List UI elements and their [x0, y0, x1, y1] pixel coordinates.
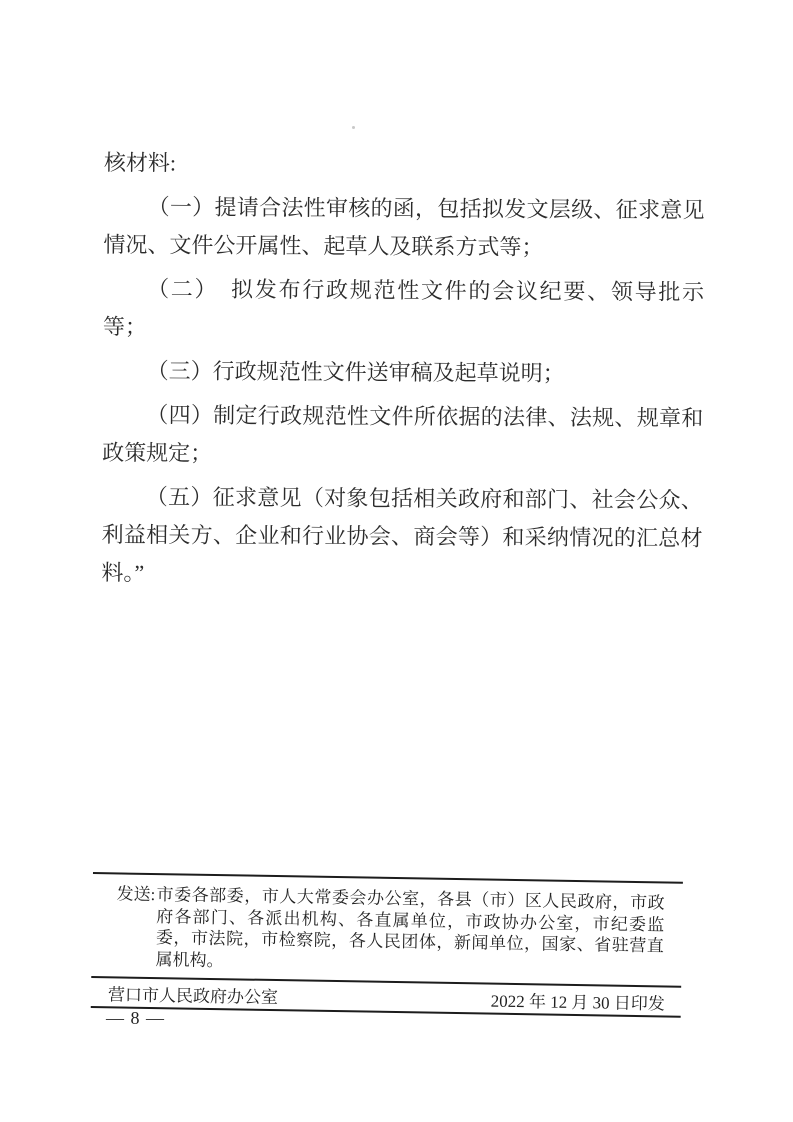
- page-number: — 8 —: [106, 1008, 165, 1029]
- issuing-office: 营口市人民政府办公室: [108, 980, 278, 1008]
- body-paragraph-item-1: （一）提请合法性审核的函，包括拟发文层级、征求意见情况、文件公开属性、起草人及联…: [103, 188, 704, 268]
- body-paragraph-item-5: （五）征求意见（对象包括相关政府和部门、社会公众、利益相关方、企业和行业协会、商…: [101, 478, 703, 596]
- print-date: 2022 年 12 月 30 日印发: [490, 986, 665, 1014]
- body-paragraph-intro: 核材料:: [104, 144, 705, 186]
- distribution-label: 发送:: [115, 883, 156, 970]
- document-page: 核材料: （一）提请合法性审核的函，包括拟发文层级、征求意见情况、文件公开属性、…: [0, 0, 793, 1122]
- scan-speck: [352, 126, 355, 129]
- body-paragraph-item-4: （四）制定行政规范性文件所依据的法律、法规、规章和政策规定；: [102, 396, 703, 476]
- document-body: 核材料: （一）提请合法性审核的函，包括拟发文层级、征求意见情况、文件公开属性、…: [101, 144, 705, 602]
- distribution-list: 市委各部委，市人大常委会办公室，各县（市）区人民政府，市政府各部门、各派出机构、…: [155, 884, 664, 978]
- body-paragraph-item-2: （二） 拟发布行政规范性文件的会议纪要、领导批示等；: [103, 270, 704, 350]
- document-footer: 发送: 市委各部委，市人大常委会办公室，各县（市）区人民政府，市政府各部门、各派…: [91, 872, 683, 1018]
- distribution-row: 发送: 市委各部委，市人大常委会办公室，各县（市）区人民政府，市政府各部门、各派…: [91, 874, 683, 986]
- body-paragraph-item-3: （三）行政规范性文件送审稿及起草说明；: [102, 352, 703, 394]
